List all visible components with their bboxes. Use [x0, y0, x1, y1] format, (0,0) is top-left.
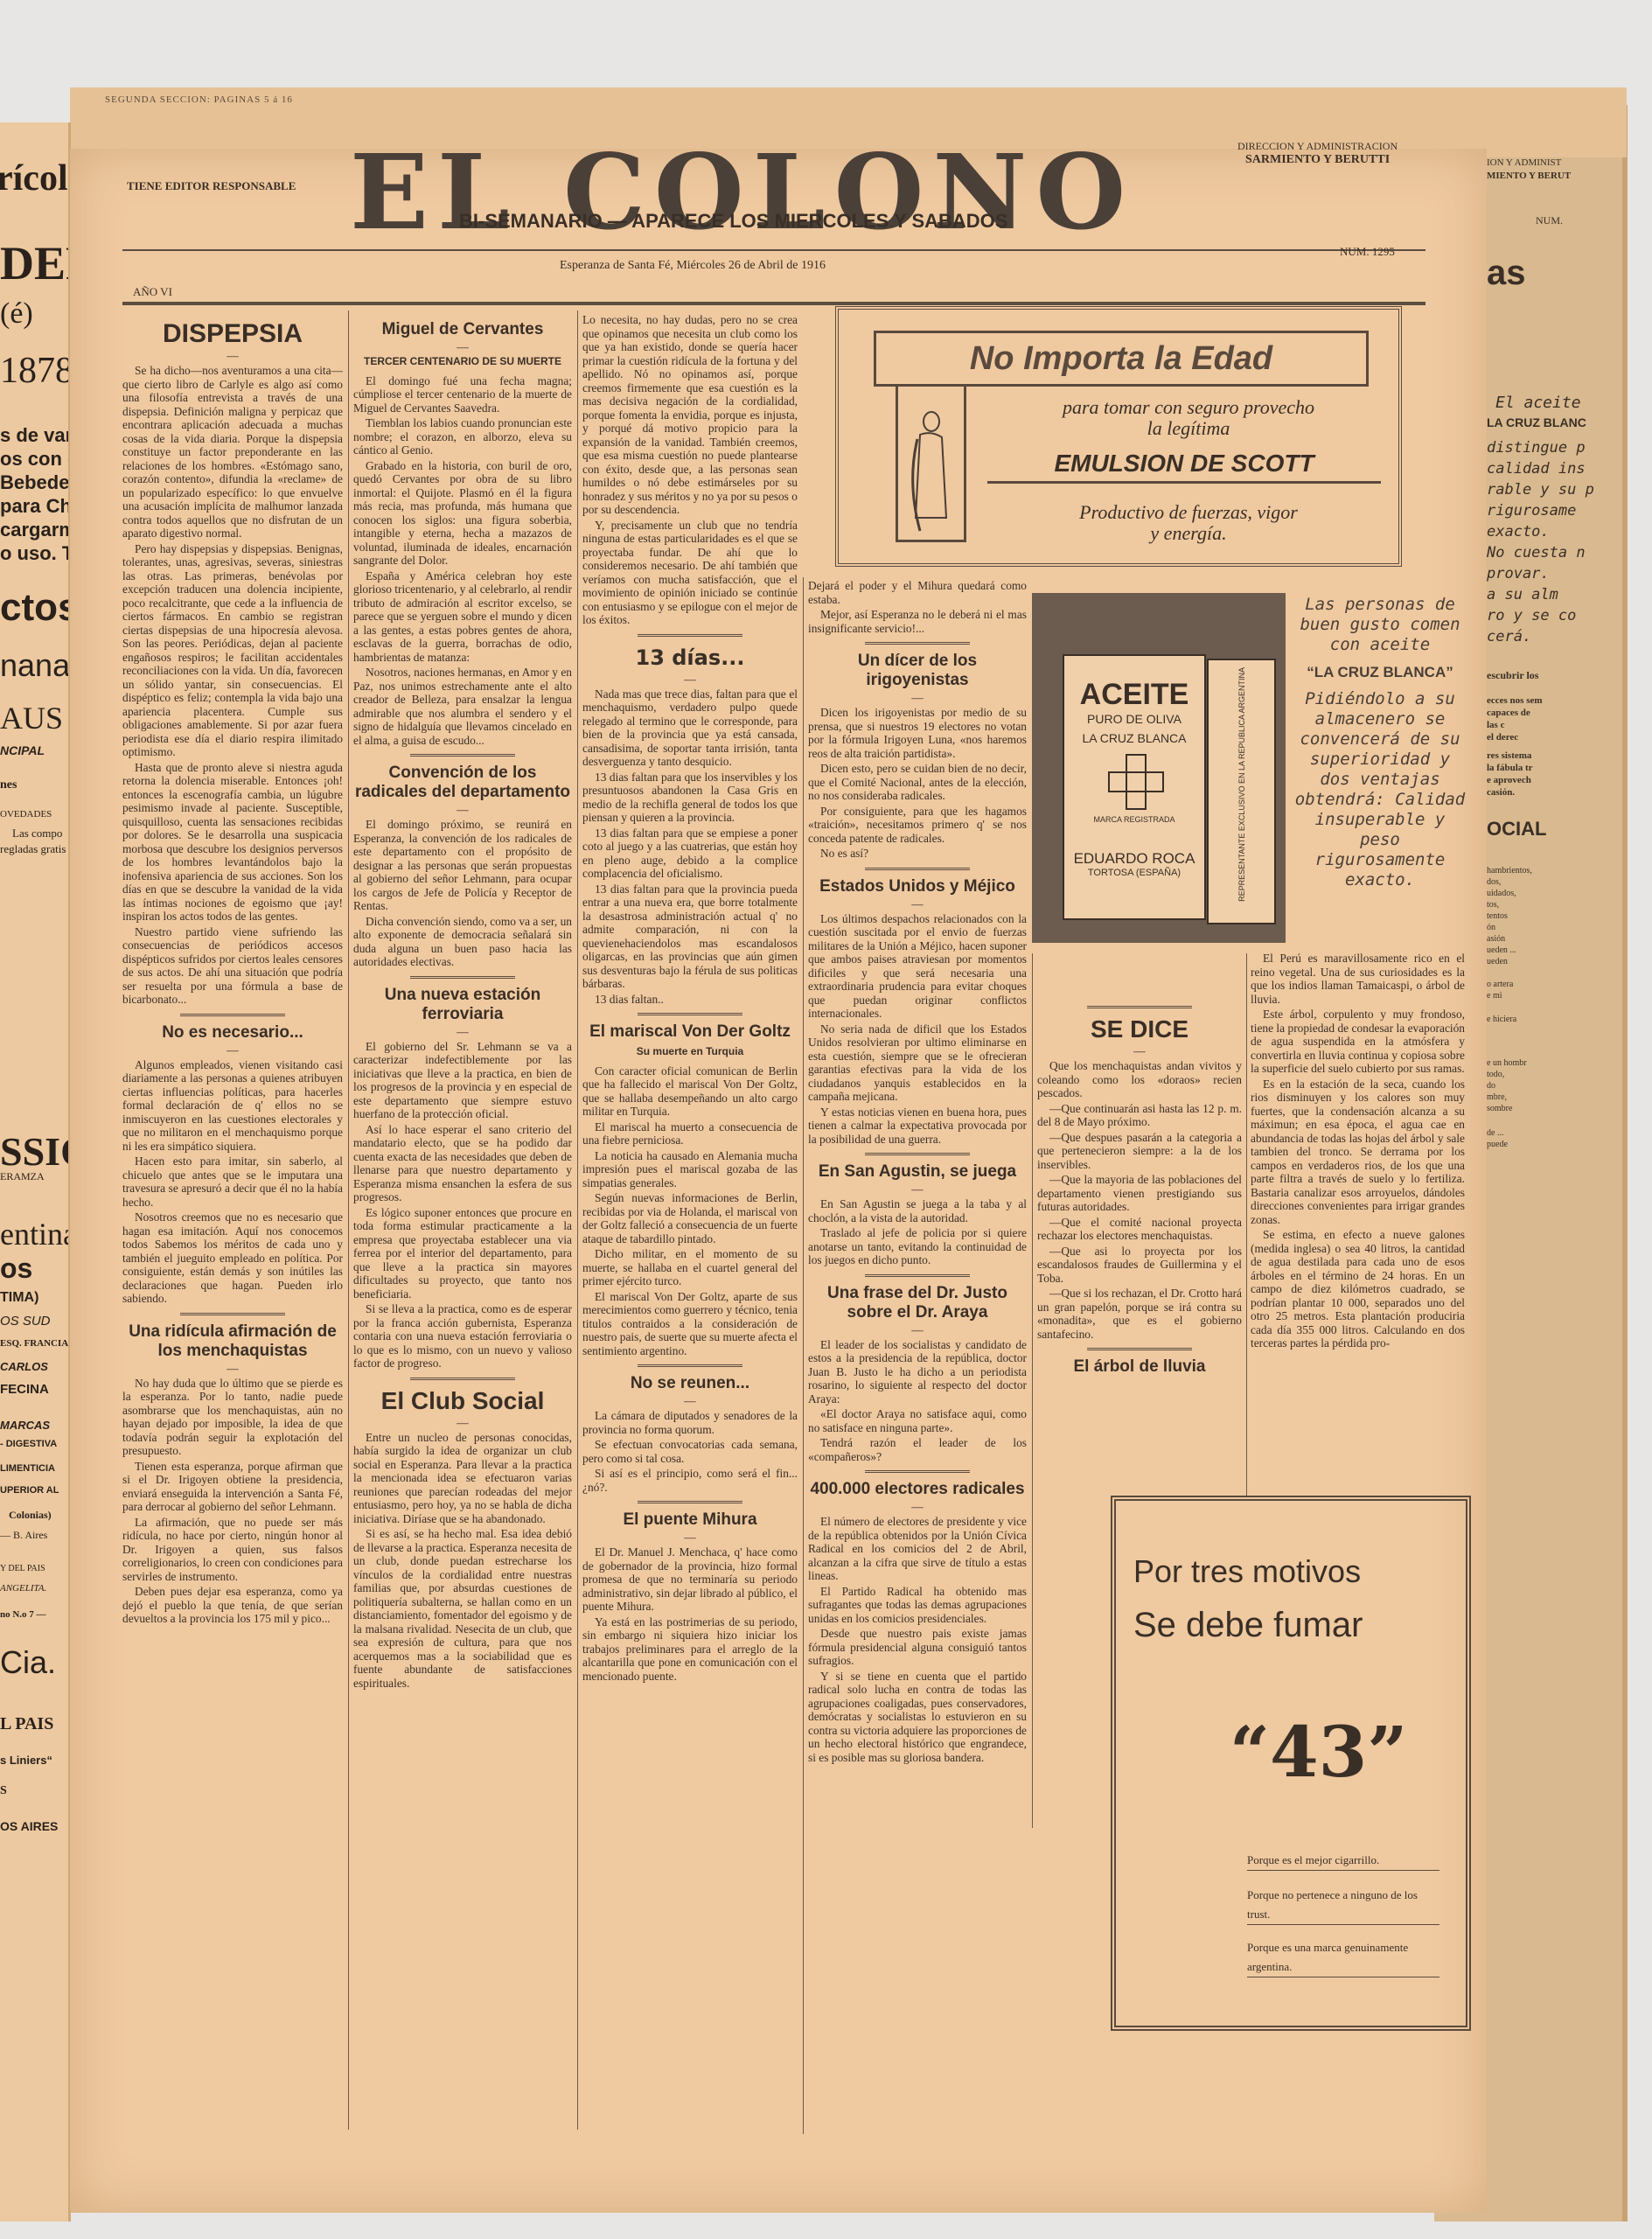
title-dash: — [808, 1326, 1027, 1335]
title-dash: — [122, 1364, 343, 1373]
article-title-se-dice: SE DICE [1037, 1015, 1242, 1043]
ad-brand: “LA CRUZ BLANCA” [1293, 662, 1467, 682]
right-fragment: ueden [1487, 957, 1508, 966]
left-fragment: ERAMZA [0, 1170, 45, 1183]
title-dash: — [122, 352, 343, 360]
article-paragraph: No hay duda que lo último que se pierde … [122, 1377, 343, 1458]
article-paragraph: Tiemblan los labios cuando pronuncian es… [353, 416, 572, 457]
separator [865, 642, 970, 645]
left-fragment: UPERIOR AL [0, 1485, 59, 1496]
right-fragment: rable y su p [1487, 481, 1594, 499]
article-paragraph: —Que si los rechazan, el Dr. Crotto hará… [1037, 1287, 1242, 1341]
article-paragraph: —Que despues pasarán a la categoria a qu… [1037, 1131, 1242, 1172]
left-fragment: OVEDADES [0, 809, 52, 820]
column-4: Dejará el poder y el Mihura quedará como… [808, 579, 1027, 2136]
emulsion-de-scott-ad: No Importa la Edad para tomar con seguro… [835, 306, 1402, 567]
can-side-line: REPRESENTANTE EXCLUSIVO EN LA REPUBLICA … [1237, 667, 1246, 902]
title-dash: — [808, 1185, 1027, 1194]
article-paragraph: Algunos empleados, vienen visitando casi… [122, 1058, 343, 1154]
ad-intro: Las personas de buen gusto comen con ace… [1293, 595, 1467, 655]
can-line: PURO DE OLIVA [1064, 712, 1204, 726]
article-title-frase-justo: Una frase del Dr. Justo sobre el Dr. Ara… [808, 1284, 1027, 1322]
right-fragment: calidad ins [1487, 460, 1586, 478]
article-paragraph: Y, precisamente un club que no tendría n… [582, 519, 798, 627]
article-title-san-agustin: En San Agustin, se juega [808, 1162, 1027, 1182]
right-fragment: ueden ... [1487, 945, 1516, 955]
title-dash: — [353, 343, 572, 352]
article-paragraph: La noticia ha causado en Alemania mucha … [582, 1149, 798, 1190]
article-paragraph: Nada mas que trece dias, faltan para que… [582, 687, 798, 769]
article-paragraph: Traslado al jefe de policia por si quier… [808, 1226, 1027, 1267]
oil-can-illustration: ACEITE PURO DE OLIVA LA CRUZ BLANCA MARC… [1063, 654, 1206, 920]
article-paragraph: Tendrá razón el leader de los «compañero… [808, 1436, 1027, 1463]
cigarrillos-43-ad: Por tres motivos Se debe fumar “43” Porq… [1111, 1496, 1471, 2031]
article-paragraph: —Que el comité nacional proyecta rechaza… [1037, 1216, 1242, 1243]
article-paragraph: Los últimos despachos relacionados con l… [808, 912, 1027, 1021]
article-title-no-se-reunen: No se reunen... [582, 1374, 798, 1393]
right-fragment: as [1487, 254, 1526, 293]
article-paragraph: El mariscal Von Der Goltz, aparte de sus… [582, 1290, 798, 1358]
article-paragraph: Dicha convención siendo, como va a ser, … [353, 915, 572, 969]
right-fragment: e un hombr [1487, 1058, 1527, 1068]
article-paragraph: 13 dias faltan para que los inservibles … [582, 771, 798, 825]
left-fragment: nana [0, 647, 70, 684]
right-fragment: tentos [1487, 911, 1508, 921]
can-maker: EDUARDO ROCA [1064, 850, 1204, 868]
dateline: Esperanza de Santa Fé, Miércoles 26 de A… [560, 259, 826, 273]
left-fragment: regladas gratis [0, 842, 66, 856]
can-line: LA CRUZ BLANCA [1064, 731, 1204, 745]
newspaper-subtitle: BI-SEMANARIO — APARECE LOS MIERCOLES Y S… [459, 210, 1007, 233]
article-paragraph: Desde que nuestro pais existe jamas fórm… [808, 1627, 1027, 1668]
left-fragment: CARLOS [0, 1360, 48, 1373]
right-fragment: sombre [1487, 1104, 1512, 1113]
article-subtitle-von-der-goltz: Su muerte en Turquia [582, 1045, 798, 1059]
left-fragment: LIMENTICIA [0, 1463, 55, 1474]
cruz-blanca-text-ad: Las personas de buen gusto comen con ace… [1293, 595, 1467, 890]
right-fragment: o artera [1487, 980, 1513, 989]
article-paragraph: Si es así, se ha hecho mal. Esa idea deb… [353, 1527, 572, 1690]
right-underlying-page: ION Y ADMINIST MIENTO Y BERUT NUM. as El… [1487, 157, 1618, 1382]
left-fragment: nes [0, 778, 17, 792]
separator [865, 1274, 970, 1277]
article-title-dispepsia: DISPEPSIA [122, 320, 343, 348]
ad-line-2: la legítima [1147, 417, 1230, 439]
column-6: El Perú es maravillosamente rico en el r… [1251, 952, 1465, 1494]
title-dash: — [122, 1046, 343, 1055]
left-fragment: o uso. T [0, 542, 71, 565]
article-paragraph: Y si se tiene en cuenta que el partido r… [808, 1670, 1027, 1765]
right-fragment: LA CRUZ BLANC [1487, 415, 1586, 429]
right-fragment: ro y se co [1487, 607, 1576, 624]
can-place: TORTOSA (ESPAÑA) [1064, 868, 1204, 878]
article-paragraph: Nosotros, naciones hermanas, en Amor y e… [353, 666, 572, 747]
article-subtitle-cervantes: TERCER CENTENARIO DE SU MUERTE [353, 355, 572, 369]
article-paragraph: Dejará el poder y el Mihura quedará como… [808, 579, 1027, 606]
right-fragment: tos, [1487, 900, 1499, 910]
article-paragraph: 13 dias faltan.. [582, 993, 798, 1007]
separator [865, 1153, 970, 1155]
column-3: Lo necesita, no hay dudas, pero no se cr… [582, 313, 798, 2132]
right-fragment: capaces de [1487, 708, 1530, 718]
left-fragment: (é) [0, 297, 33, 331]
right-fragment: la fábula tr [1487, 763, 1533, 773]
right-fragment: cerá. [1487, 628, 1531, 645]
article-paragraph: España y América celebran hoy este glori… [353, 569, 572, 665]
article-paragraph: El Dr. Manuel J. Menchaca, q' hace como … [582, 1545, 798, 1614]
right-fragment: provar. [1487, 565, 1550, 582]
separator [410, 754, 515, 757]
left-fragment: TIMA) [0, 1290, 38, 1306]
article-paragraph: La cámara de diputados y senadores de la… [582, 1409, 798, 1436]
article-paragraph: El Partido Radical ha obtenido mas sufra… [808, 1585, 1027, 1626]
ad-body: Pidiéndolo a su almacenero se convencerá… [1293, 689, 1467, 890]
ad-line: Productivo de fuerzas, vigory energía. [996, 502, 1381, 544]
article-paragraph: 13 dias faltan para que la provincia pue… [582, 882, 798, 991]
separator [865, 1470, 970, 1473]
article-paragraph: Tienen esta esperanza, porque afirman qu… [122, 1460, 343, 1514]
right-fragment: rigurosame [1487, 502, 1576, 520]
right-fragment: puede [1487, 1140, 1508, 1149]
title-dash: — [353, 1028, 572, 1036]
right-fragment: e mi [1487, 991, 1502, 1001]
left-facing-page: rícola DER (é) 1878 s de vari os con c B… [0, 122, 71, 2222]
article-paragraph: Nuestro partido viene sufriendo las cons… [122, 925, 343, 1007]
right-fragment: ón [1487, 923, 1495, 932]
article-paragraph: Hacen esto para imitar, sin saberlo, al … [122, 1154, 343, 1209]
article-paragraph: Es en la estación de la seca, cuando los… [1251, 1078, 1465, 1227]
article-paragraph: 13 dias faltan para que se empiese a pon… [582, 827, 798, 881]
title-dash: — [582, 1397, 798, 1405]
article-paragraph: Dicen los irigoyenistas por medio de su … [808, 706, 1027, 760]
article-paragraph: No es así? [808, 847, 1027, 861]
article-paragraph: El leader de los socialistas y candidato… [808, 1338, 1027, 1406]
aceite-la-cruz-blanca-ad: ACEITE PURO DE OLIVA LA CRUZ BLANCA MARC… [1032, 593, 1286, 943]
year-label: AÑO VI [133, 285, 172, 299]
article-title-convencion: Convención de los radicales del departam… [353, 764, 572, 802]
right-fragment: a su alm [1487, 586, 1558, 603]
right-fragment: todo, [1487, 1070, 1504, 1079]
article-paragraph: Así lo hace esperar el sano criterio del… [353, 1123, 572, 1204]
left-fragment: Y DEL PAIS [0, 1564, 45, 1573]
right-fragment: MIENTO Y BERUT [1487, 171, 1571, 181]
article-paragraph: El número de electores de presidente y v… [808, 1515, 1027, 1583]
article-paragraph: Se estima, en efecto a nueve galones (me… [1251, 1228, 1465, 1350]
article-paragraph: Pero hay dispepsias y dispepsias. Benign… [122, 542, 343, 759]
address-label: DIRECCION Y ADMINISTRACION [1237, 140, 1398, 152]
article-paragraph: El domingo próximo, se reunirá en Espera… [353, 818, 572, 913]
column-2: Miguel de Cervantes — TERCER CENTENARIO … [353, 315, 572, 2134]
right-fragment: dos, [1487, 877, 1501, 887]
issue-number: NUM. 1295 [1340, 245, 1395, 259]
separator [638, 1013, 742, 1015]
column-divider [348, 310, 349, 2130]
article-paragraph: Es lógico suponer entonces que procure e… [353, 1206, 572, 1301]
article-title-arbol-lluvia: El árbol de lluvia [1037, 1357, 1242, 1377]
title-dash: — [353, 806, 572, 814]
ad-reason: Porque es el mejor cigarrillo. [1247, 1851, 1439, 1871]
right-fragment: casión. [1487, 787, 1515, 798]
right-fragment: El aceite [1495, 394, 1581, 412]
left-fragment: ctos [0, 586, 71, 630]
title-dash: — [353, 1419, 572, 1427]
article-paragraph: Grabado en la historia, con buril de oro… [353, 459, 572, 568]
right-fragment: el derec [1487, 732, 1518, 743]
white-cross-icon [1108, 754, 1161, 806]
right-fragment: OCIAL [1487, 818, 1546, 840]
masthead-rule-bottom [122, 302, 1425, 305]
newspaper-title: EL COLONO [350, 131, 1134, 253]
left-fragment: - DIGESTIVA [0, 1439, 57, 1449]
article-paragraph: Si así es el principio, como será el fin… [582, 1467, 798, 1494]
left-fragment: ANGELITA. [0, 1583, 46, 1594]
ad-line-2: Se debe fumar [1133, 1606, 1363, 1645]
article-paragraph: Dicen esto, pero se cuidan bien de no de… [808, 762, 1027, 803]
article-paragraph: Deben pues dejar esa esperanza, como ya … [122, 1585, 343, 1626]
article-paragraph: «El doctor Araya no satisface aqui, como… [808, 1407, 1027, 1434]
right-fragment: exacto. [1487, 523, 1550, 541]
article-title-13-dias: 13 días... [582, 644, 798, 672]
left-fragment: OS SUD [0, 1314, 51, 1329]
article-title-electores: 400.000 electores radicales [808, 1480, 1027, 1499]
article-paragraph: Hasta que de pronto aleve si niestra agu… [122, 761, 343, 924]
ad-reason-text: Porque es una marca genuinamente argenti… [1247, 1938, 1439, 1977]
ad-reason: Porque es una marca genuinamente argenti… [1247, 1938, 1439, 1977]
ad-line-1: para tomar con seguro provecho [1063, 396, 1314, 418]
article-paragraph: Dicho militar, en el momento de su muert… [582, 1247, 798, 1288]
ad-line-4: y energía. [1150, 522, 1226, 544]
right-fragment: res sistema [1487, 750, 1531, 761]
left-fragment: DER [0, 236, 71, 290]
column-divider [1246, 953, 1247, 1496]
article-paragraph: Con caracter oficial comunican de Berlin… [582, 1064, 798, 1119]
left-fragment: s Liniers“ [0, 1754, 52, 1767]
article-title-ridicula: Una ridícula afirmación de los menchaqui… [122, 1322, 343, 1361]
ad-line-3: Productivo de fuerzas, vigor [1079, 501, 1298, 523]
column-divider [577, 310, 578, 2130]
left-fragment: Colonias) [9, 1509, 52, 1522]
article-paragraph: Lo necesita, no hay dudas, pero no se cr… [582, 313, 798, 517]
separator [180, 1313, 285, 1315]
separator [410, 1378, 515, 1380]
left-fragment: s de vari [0, 424, 71, 447]
article-paragraph: Nosotros creemos que no es necesario que… [122, 1210, 343, 1306]
left-fragment: no N.o 7 — [0, 1609, 46, 1620]
masthead-rule-top [122, 249, 1425, 251]
left-fragment: FECINA [0, 1382, 49, 1397]
left-fragment: entina [0, 1216, 71, 1252]
left-fragment: S [0, 1784, 7, 1798]
right-fragment: asión [1487, 934, 1505, 944]
ad-line: para tomar con seguro provechola legítim… [996, 397, 1381, 439]
fisherman-illustration-icon [896, 384, 966, 542]
article-paragraph: Por consiguiente, para que les hagamos «… [808, 805, 1027, 846]
separator [180, 1014, 285, 1016]
article-paragraph: Ya está en las postrimerias de su period… [582, 1615, 798, 1684]
article-paragraph: Se efectuan convocatorias cada semana, p… [582, 1438, 798, 1465]
article-title-von-der-goltz: El mariscal Von Der Goltz [582, 1022, 798, 1042]
right-fragment: do [1487, 1081, 1495, 1091]
separator [1087, 1348, 1192, 1350]
right-fragment: uidados, [1487, 889, 1516, 898]
article-title-puente-mihura: El puente Mihura [582, 1510, 798, 1530]
left-fragment: NCIPAL [0, 743, 45, 757]
separator [638, 634, 742, 637]
title-dash: — [582, 675, 798, 684]
right-fragment: distingue p [1487, 439, 1586, 457]
ad-line-1: Por tres motivos [1133, 1553, 1361, 1590]
title-dash: — [582, 1533, 798, 1542]
right-fragment: No cuesta n [1487, 544, 1586, 561]
left-fragment: — B. Aires [0, 1529, 47, 1542]
column-1: DISPEPSIA — Se ha dicho—nos aventuramos … [122, 315, 343, 2134]
right-fragment: de ... [1487, 1128, 1503, 1138]
address-value: SARMIENTO Y BERUTTI [1237, 153, 1398, 167]
right-fragment: mbre, [1487, 1092, 1507, 1102]
left-fragment: rícola [0, 157, 71, 199]
separator [1087, 1006, 1192, 1008]
article-paragraph: El domingo fué una fecha magna; cúmplios… [353, 374, 572, 415]
right-fragment: e aprovech [1487, 775, 1531, 785]
article-paragraph: —Que la mayoria de las poblaciones del d… [1037, 1173, 1242, 1214]
article-title-estados-unidos: Estados Unidos y Méjico [808, 877, 1027, 896]
article-title-club-social: El Club Social [353, 1387, 572, 1415]
left-fragment: os con c [0, 448, 71, 471]
left-fragment: cargarm [0, 519, 71, 541]
article-paragraph: Se ha dicho—nos aventuramos a una cita—q… [122, 364, 343, 541]
ad-brand: “43” [1230, 1711, 1407, 1793]
right-fragment: ION Y ADMINIST [1487, 157, 1561, 168]
editor-note: TIENE EDITOR RESPONSABLE [127, 179, 296, 193]
article-title-cervantes: Miguel de Cervantes [353, 320, 572, 339]
article-paragraph: El mariscal ha muerto a consecuencia de … [582, 1120, 798, 1147]
oil-can-side: REPRESENTANTE EXCLUSIVO EN LA REPUBLICA … [1207, 659, 1276, 924]
left-fragment: os [0, 1252, 32, 1285]
ad-reason-text: Porque es el mejor cigarrillo. [1247, 1851, 1439, 1871]
article-paragraph: Entre un nucleo de personas conocidas, h… [353, 1431, 572, 1526]
right-fragment: las c [1487, 720, 1504, 730]
ad-headline: No Importa la Edad [874, 331, 1369, 387]
article-title-estacion: Una nueva estación ferroviaria [353, 986, 572, 1024]
article-paragraph: Mejor, así Esperanza no le deberá ni el … [808, 608, 1027, 635]
article-paragraph: Este árbol, corpulento y muy frondoso, t… [1251, 1008, 1465, 1076]
left-fragment: ESQ. FRANCIA [0, 1338, 68, 1349]
can-title: ACEITE [1064, 678, 1204, 712]
left-fragment: SSIO [0, 1128, 71, 1175]
left-fragment: MARCAS [0, 1419, 50, 1432]
ad-reason-text: Porque no pertenece a ninguno de los tru… [1247, 1886, 1439, 1925]
separator [638, 1501, 742, 1503]
article-title-no-es-necesario: No es necesario... [122, 1023, 343, 1043]
article-paragraph: Según nuevas informaciones de Berlin, re… [582, 1191, 798, 1245]
right-fragment: NUM. [1536, 214, 1563, 227]
article-paragraph: No seria nada de dificil que los Estados… [808, 1022, 1027, 1104]
can-mark: MARCA REGISTRADA [1064, 815, 1204, 824]
left-fragment: Las compo [12, 827, 62, 840]
separator [865, 868, 970, 870]
article-paragraph: Que los menchaquistas andan vivitos y co… [1037, 1059, 1242, 1100]
title-dash: — [808, 1503, 1027, 1511]
right-fragment: e hiciera [1487, 1015, 1516, 1024]
left-fragment: OS AIRES [0, 1819, 58, 1833]
left-fragment: Bebedera [0, 471, 71, 494]
article-paragraph: Si se lleva a la practica, como es de es… [353, 1302, 572, 1371]
address-block: DIRECCION Y ADMINISTRACION SARMIENTO Y B… [1237, 140, 1398, 167]
article-paragraph: La afirmación, que no puede ser más ridí… [122, 1516, 343, 1584]
right-fragment: hambrientos, [1487, 866, 1532, 875]
separator [410, 976, 515, 979]
title-dash: — [808, 900, 1027, 909]
article-paragraph: Y estas noticias vienen en buena hora, p… [808, 1106, 1027, 1147]
left-fragment: 1878 [0, 350, 71, 392]
article-paragraph: —Que asi lo proyecta por los escandaloso… [1037, 1245, 1242, 1286]
left-fragment: Cia. [0, 1644, 56, 1681]
right-fragment: ecces nos sem [1487, 695, 1543, 706]
left-fragment: AUS [0, 700, 63, 736]
article-paragraph: El Perú es maravillosamente rico en el r… [1251, 952, 1465, 1006]
right-fragment: escubrir los [1487, 669, 1538, 682]
column-5: SE DICE — Que los menchaquistas andan vi… [1037, 953, 1242, 1496]
ad-reason: Porque no pertenece a ninguno de los tru… [1247, 1886, 1439, 1925]
article-title-irigoyenistas: Un dícer de los irigoyenistas [808, 652, 1027, 690]
column-divider [803, 577, 804, 2134]
separator [638, 1364, 742, 1367]
article-paragraph: En San Agustin se juega a la taba y al c… [808, 1197, 1027, 1224]
article-paragraph: El gobierno del Sr. Lehmann se va a cara… [353, 1040, 572, 1121]
title-dash: — [1037, 1047, 1242, 1056]
title-dash: — [808, 694, 1027, 702]
column-divider [1032, 953, 1033, 1828]
article-paragraph: —Que continuarán asi hasta las 12 p. m. … [1037, 1102, 1242, 1129]
left-fragment: L PAIS [0, 1714, 53, 1734]
ad-brand: EMULSION DE SCOTT [987, 450, 1381, 484]
left-fragment: para Ch [0, 495, 71, 518]
